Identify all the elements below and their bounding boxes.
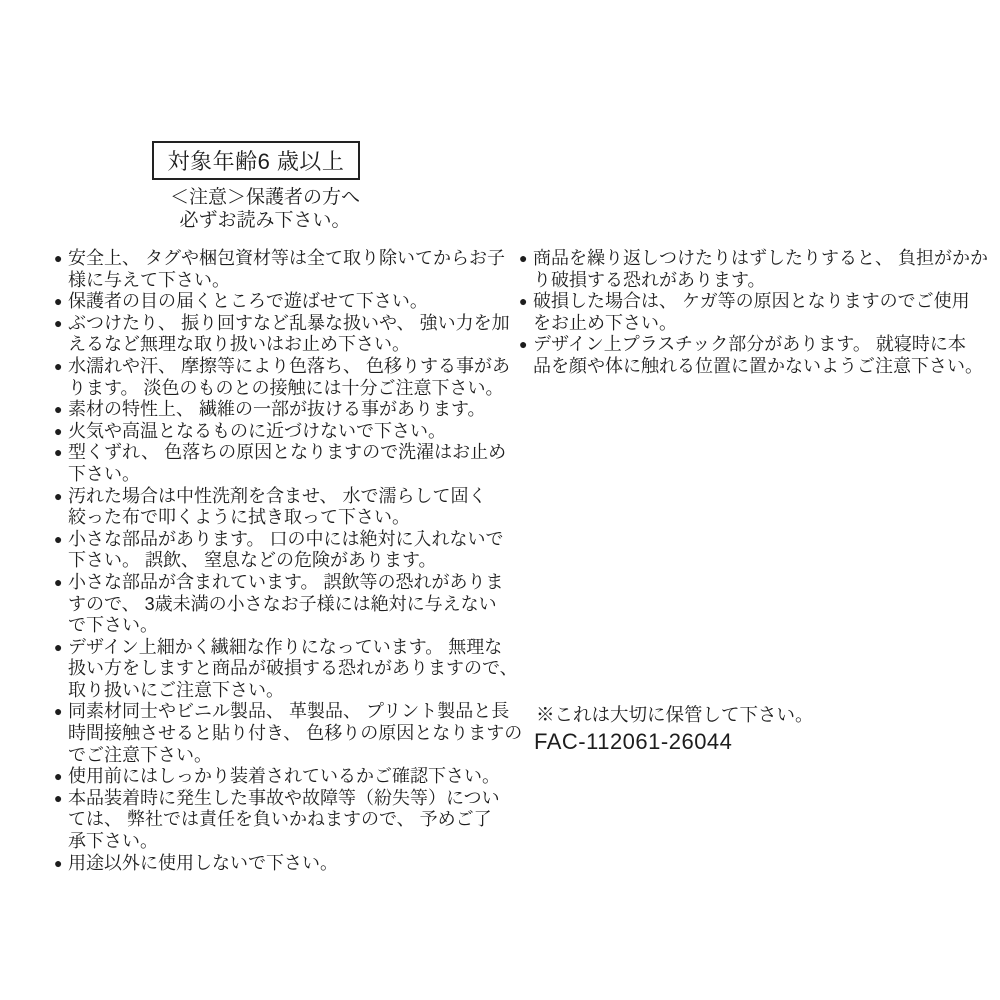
warning-text: 素材の特性上、 繊維の一部が抜ける事があります。 <box>68 399 486 421</box>
bullet-icon: ● <box>54 788 68 810</box>
keep-this-note: ※これは大切に保管して下さい。 <box>536 701 814 727</box>
warning-item: ●用途以外に使用しないで下さい。 <box>54 853 524 875</box>
warning-text: 汚れた場合は中性洗剤を含ませ、 水で濡らして固く 絞った布で叩くように拭き取って… <box>68 486 486 529</box>
warning-text: 小さな部品が含まれています。 誤飲等の恐れがありま すので、 3歳未満の小さなお… <box>68 572 504 637</box>
warning-text: 同素材同士やビニル製品、 革製品、 プリント製品と長 時間接触させると貼り付き、… <box>68 701 522 766</box>
product-warning-label-page: 対象年齢6 歳以上 ＜注意＞保護者の方へ 必ずお読み下さい。 ●安全上、 タグや… <box>0 0 1000 1000</box>
warning-item: ●本品装着時に発生した事故や故障等（紛失等）につい ては、 弊社では責任を負いか… <box>54 788 524 853</box>
warnings-column-left: ●安全上、 タグや梱包資材等は全て取り除いてからお子 様に与えて下さい。●保護者… <box>54 248 524 874</box>
warning-text: 火気や高温となるものに近づけないで下さい。 <box>68 421 446 443</box>
warning-text: 商品を繰り返しつけたりはずしたりすると、 負担がかか り破損する恐れがあります。 <box>533 248 988 291</box>
warning-item: ●保護者の目の届くところで遊ばせて下さい。 <box>54 291 524 313</box>
age-restriction-box: 対象年齢6 歳以上 <box>152 141 360 180</box>
warning-item: ●ぶつけたり、 振り回すなど乱暴な扱いや、 強い力を加 えるなど無理な取り扱いは… <box>54 313 524 356</box>
warning-text: デザイン上プラスチック部分があります。 就寝時に本 品を顔や体に触れる位置に置か… <box>533 334 983 377</box>
warning-item: ●水濡れや汗、 摩擦等により色落ち、 色移りする事があ ります。 淡色のものとの… <box>54 356 524 399</box>
warning-item: ●使用前にはしっかり装着されているかご確認下さい。 <box>54 766 524 788</box>
warning-text: 使用前にはしっかり装着されているかご確認下さい。 <box>68 766 500 788</box>
caution-heading: ＜注意＞保護者の方へ 必ずお読み下さい。 <box>115 187 415 232</box>
warning-text: 小さな部品があります。 口の中には絶対に入れないで 下さい。 誤飲、 窒息などの… <box>68 529 504 572</box>
warning-item: ●安全上、 タグや梱包資材等は全て取り除いてからお子 様に与えて下さい。 <box>54 248 524 291</box>
warning-item: ●デザイン上細かく繊細な作りになっています。 無理な 扱い方をしますと商品が破損… <box>54 637 524 702</box>
warning-item: ●破損した場合は、 ケガ等の原因となりますのでご使用 をお止め下さい。 <box>519 291 984 334</box>
warning-text: 保護者の目の届くところで遊ばせて下さい。 <box>68 291 428 313</box>
bullet-icon: ● <box>54 572 68 594</box>
bullet-icon: ● <box>54 421 68 443</box>
warnings-column-right: ●商品を繰り返しつけたりはずしたりすると、 負担がかか り破損する恐れがあります… <box>519 248 984 378</box>
bullet-icon: ● <box>54 399 68 421</box>
warning-item: ●小さな部品が含まれています。 誤飲等の恐れがありま すので、 3歳未満の小さな… <box>54 572 524 637</box>
bullet-icon: ● <box>519 248 533 270</box>
bullet-icon: ● <box>54 853 68 875</box>
warning-text: 型くずれ、 色落ちの原因となりますので洗濯はお止め 下さい。 <box>68 442 506 485</box>
bullet-icon: ● <box>519 291 533 313</box>
age-restriction-label: 対象年齢6 歳以上 <box>168 145 345 176</box>
warning-text: 本品装着時に発生した事故や故障等（紛失等）につい ては、 弊社では責任を負いかね… <box>68 788 500 853</box>
bullet-icon: ● <box>54 637 68 659</box>
bullet-icon: ● <box>54 313 68 335</box>
warning-text: ぶつけたり、 振り回すなど乱暴な扱いや、 強い力を加 えるなど無理な取り扱いはお… <box>68 313 510 356</box>
warning-text: 安全上、 タグや梱包資材等は全て取り除いてからお子 様に与えて下さい。 <box>68 248 505 291</box>
warning-text: 水濡れや汗、 摩擦等により色落ち、 色移りする事があ ります。 淡色のものとの接… <box>68 356 510 399</box>
bullet-icon: ● <box>54 442 68 464</box>
warning-item: ●同素材同士やビニル製品、 革製品、 プリント製品と長 時間接触させると貼り付き… <box>54 701 524 766</box>
product-code: FAC-112061-26044 <box>534 729 732 755</box>
warning-item: ●商品を繰り返しつけたりはずしたりすると、 負担がかか り破損する恐れがあります… <box>519 248 984 291</box>
caution-heading-line1: ＜注意＞保護者の方へ <box>115 187 415 210</box>
warning-item: ●汚れた場合は中性洗剤を含ませ、 水で濡らして固く 絞った布で叩くように拭き取っ… <box>54 486 524 529</box>
bullet-icon: ● <box>54 356 68 378</box>
warning-item: ●素材の特性上、 繊維の一部が抜ける事があります。 <box>54 399 524 421</box>
warning-text: デザイン上細かく繊細な作りになっています。 無理な 扱い方をしますと商品が破損す… <box>68 637 518 702</box>
warning-item: ●デザイン上プラスチック部分があります。 就寝時に本 品を顔や体に触れる位置に置… <box>519 334 984 377</box>
warning-text: 破損した場合は、 ケガ等の原因となりますのでご使用 をお止め下さい。 <box>533 291 970 334</box>
bullet-icon: ● <box>54 291 68 313</box>
bullet-icon: ● <box>54 701 68 723</box>
bullet-icon: ● <box>54 529 68 551</box>
bullet-icon: ● <box>519 334 533 356</box>
warning-text: 用途以外に使用しないで下さい。 <box>68 853 338 875</box>
bullet-icon: ● <box>54 486 68 508</box>
warning-item: ●型くずれ、 色落ちの原因となりますので洗濯はお止め 下さい。 <box>54 442 524 485</box>
bullet-icon: ● <box>54 766 68 788</box>
warning-item: ●火気や高温となるものに近づけないで下さい。 <box>54 421 524 443</box>
bullet-icon: ● <box>54 248 68 270</box>
caution-heading-line2: 必ずお読み下さい。 <box>115 210 415 233</box>
warning-item: ●小さな部品があります。 口の中には絶対に入れないで 下さい。 誤飲、 窒息など… <box>54 529 524 572</box>
